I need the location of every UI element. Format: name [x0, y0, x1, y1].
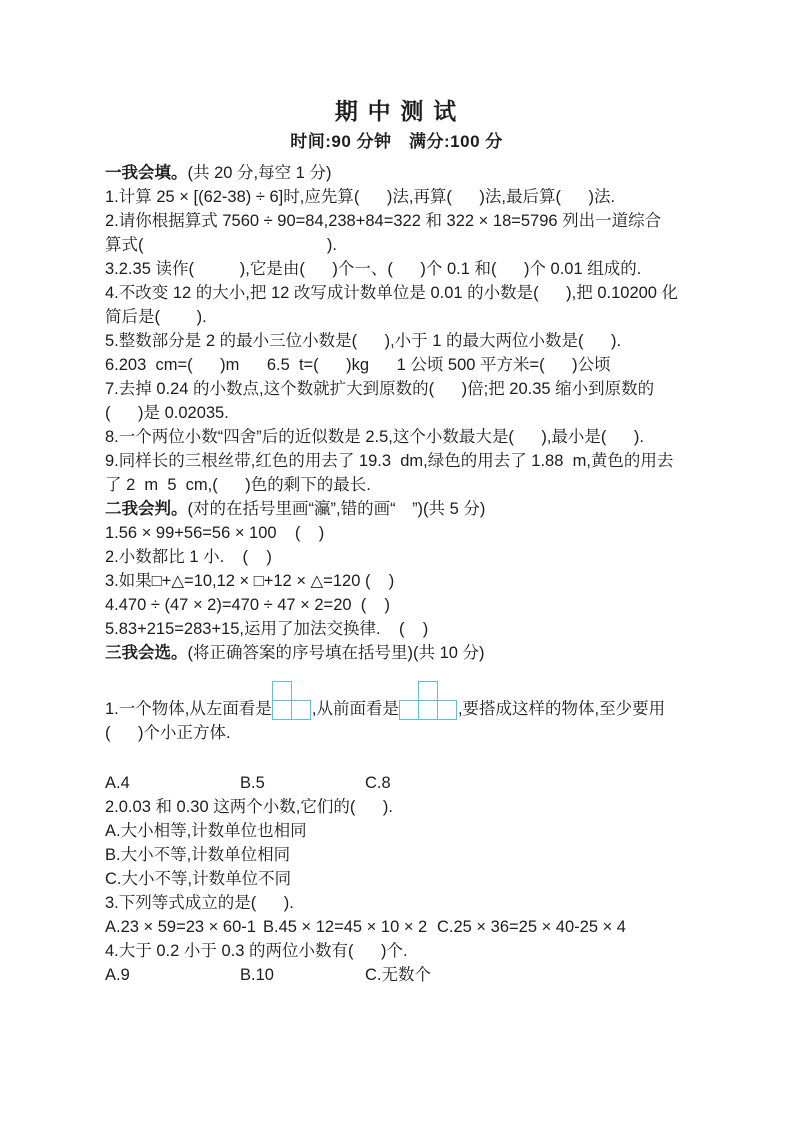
- fill-blank-line-3: 3.2.35 读作( ),它是由( )个一、( )个 0.1 和( )个 0.0…: [105, 257, 793, 281]
- fill-blank-line-2b: 算式( ).: [105, 233, 793, 257]
- section3-heading-note: (将正确答案的序号填在括号里)(共 10 分): [188, 644, 485, 662]
- q3-option-c: C.25 × 36=25 × 40-25 × 4: [437, 915, 626, 939]
- fill-blank-line-1: 1.计算 25 × [(62-38) ÷ 6]时,应先算( )法,再算( )法,…: [105, 185, 793, 209]
- section2-heading-title: 二我会判。: [105, 500, 188, 518]
- exam-body: 一我会填。(共 20 分,每空 1 分) 1.计算 25 × [(62-38) …: [105, 161, 793, 987]
- fill-blank-line-2a: 2.请你根据算式 7560 ÷ 90=84,238+84=322 和 322 ×…: [105, 209, 793, 233]
- exam-page: 期 中 测 试 时间:90 分钟 满分:100 分 一我会填。(共 20 分,每…: [0, 0, 793, 1122]
- choice-q2-line: 2.0.03 和 0.30 这两个小数,它们的( ).: [105, 795, 793, 819]
- q3-option-b: B.45 × 12=45 × 10 × 2: [263, 915, 437, 939]
- fill-blank-line-7a: 7.去掉 0.24 的小数点,这个数就扩大到原数的( )倍;把 20.35 缩小…: [105, 377, 793, 401]
- q1-option-b: B.5: [240, 771, 365, 795]
- section2-heading: 二我会判。(对的在括号里画“灜”,错的画“ ”)(共 5 分): [105, 497, 793, 521]
- section3-heading-title: 三我会选。: [105, 644, 188, 662]
- q1-option-a: A.4: [105, 771, 240, 795]
- fill-blank-line-6: 6.203 cm=( )m 6.5 t=( )kg 1 公顷 500 平方米=(…: [105, 353, 793, 377]
- judge-line-5: 5.83+215=283+15,运用了加法交换律. ( ): [105, 617, 793, 641]
- section1-heading-title: 一我会填。: [105, 164, 188, 182]
- fill-blank-line-4b: 简后是( ).: [105, 305, 793, 329]
- q2-option-c: C.大小不等,计数单位不同: [105, 867, 793, 891]
- left-view-figure: [272, 681, 312, 721]
- choice-q1-options: A.4B.5C.8: [105, 771, 793, 795]
- fill-blank-line-7b: ( )是 0.02035.: [105, 401, 793, 425]
- fill-blank-line-4a: 4.不改变 12 的大小,把 12 改写成计数单位是 0.01 的小数是( ),…: [105, 281, 793, 305]
- q1-option-c: C.8: [365, 771, 391, 795]
- judge-line-3: 3.如果□+△=10,12 × □+12 × △=120 ( ): [105, 569, 793, 593]
- fill-blank-line-5: 5.整数部分是 2 的最小三位小数是( ),小于 1 的最大两位小数是( ).: [105, 329, 793, 353]
- section1-heading: 一我会填。(共 20 分,每空 1 分): [105, 161, 793, 185]
- judge-line-2: 2.小数都比 1 小. ( ): [105, 545, 793, 569]
- page-title: 期 中 测 试: [0, 0, 793, 127]
- judge-line-4: 4.470 ÷ (47 × 2)=470 ÷ 47 × 2=20 ( ): [105, 593, 793, 617]
- judge-line-1: 1.56 × 99+56=56 × 100 ( ): [105, 521, 793, 545]
- fill-blank-line-9b: 了 2 m 5 cm,( )色的剩下的最长.: [105, 473, 793, 497]
- q4-option-b: B.10: [240, 963, 365, 987]
- section3-heading: 三我会选。(将正确答案的序号填在括号里)(共 10 分): [105, 641, 793, 665]
- fill-blank-line-9a: 9.同样长的三根丝带,红色的用去了 19.3 dm,绿色的用去了 1.88 m,…: [105, 449, 793, 473]
- choice-q1-line2: ( )个小正方体.: [105, 721, 793, 745]
- front-view-figure: [399, 681, 458, 721]
- q2-option-b: B.大小不等,计数单位相同: [105, 843, 793, 867]
- q4-option-a: A.9: [105, 963, 240, 987]
- q3-option-a: A.23 × 59=23 × 60-1: [105, 915, 263, 939]
- q1-text-after: ,要搭成这样的物体,至少要用: [458, 697, 665, 721]
- choice-q1-line: 1.一个物体,从左面看是,从前面看是,要搭成这样的物体,至少要用: [105, 665, 793, 721]
- choice-q3-options: A.23 × 59=23 × 60-1B.45 × 12=45 × 10 × 2…: [105, 915, 793, 939]
- q2-option-a: A.大小相等,计数单位也相同: [105, 819, 793, 843]
- choice-q4-line: 4.大于 0.2 小于 0.3 的两位小数有( )个.: [105, 939, 793, 963]
- choice-q3-line: 3.下列等式成立的是( ).: [105, 891, 793, 915]
- q4-option-c: C.无数个: [365, 963, 431, 987]
- choice-q4-options: A.9B.10C.无数个: [105, 963, 793, 987]
- section2-heading-note: (对的在括号里画“灜”,错的画“ ”)(共 5 分): [188, 500, 486, 518]
- q1-text-before: 1.一个物体,从左面看是: [105, 697, 272, 721]
- fill-blank-line-8: 8.一个两位小数“四舍”后的近似数是 2.5,这个小数最大是( ),最小是( )…: [105, 425, 793, 449]
- section1-heading-note: (共 20 分,每空 1 分): [188, 164, 332, 182]
- exam-time-score: 时间:90 分钟 满分:100 分: [0, 130, 793, 154]
- q1-text-between: ,从前面看是: [312, 697, 399, 721]
